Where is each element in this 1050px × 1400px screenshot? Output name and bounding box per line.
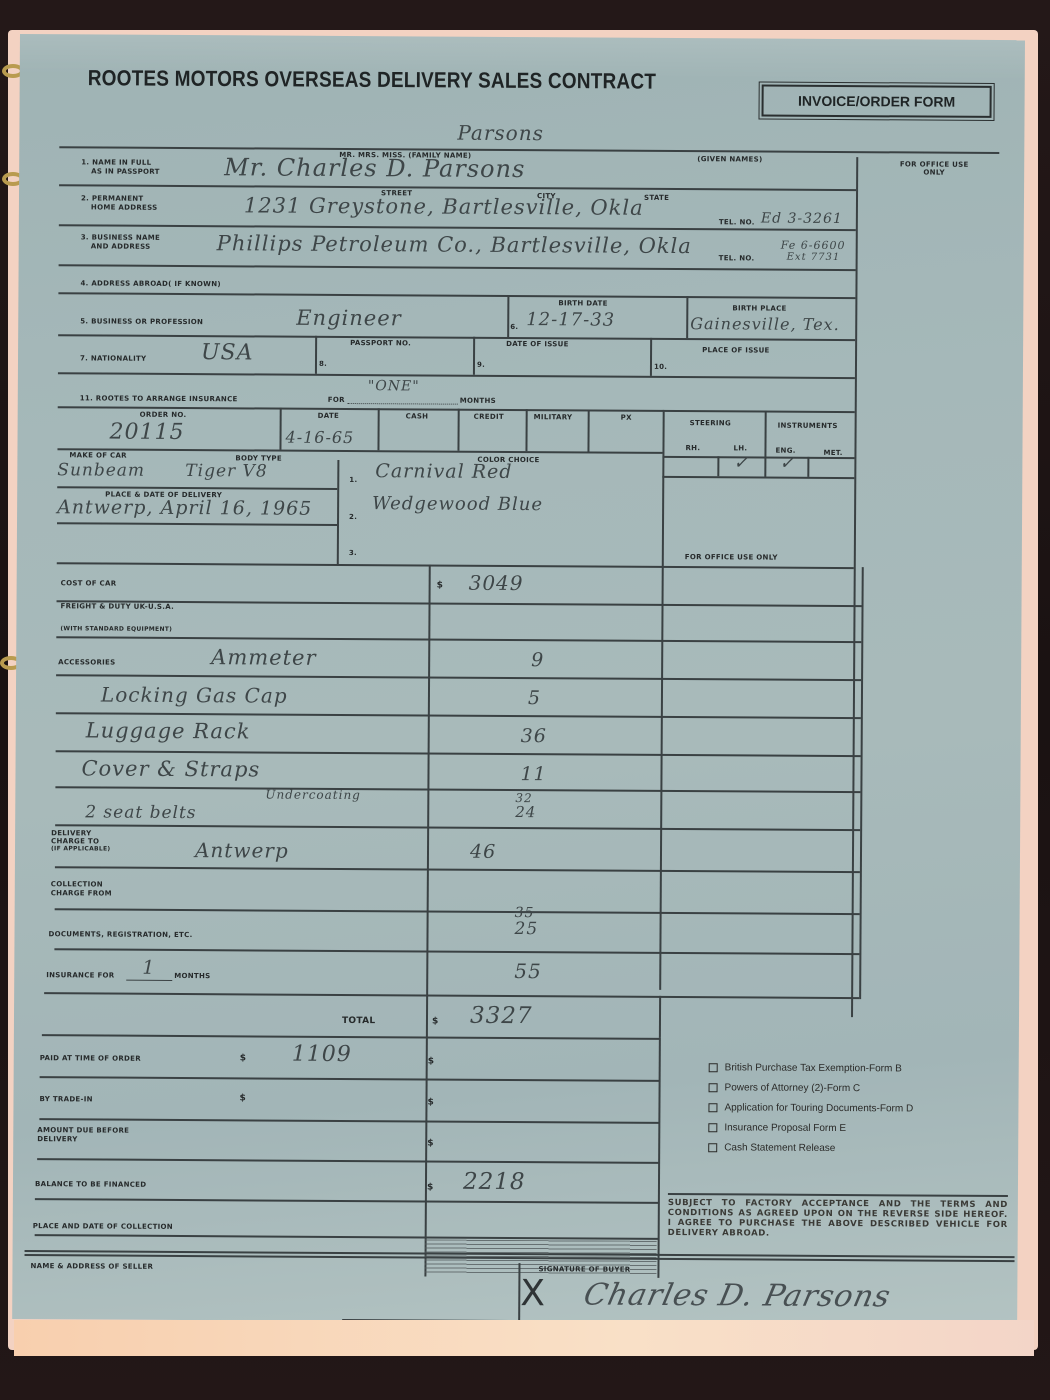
rule [507, 295, 509, 337]
amount-documents[interactable]: 25 [514, 919, 538, 939]
rule [337, 460, 339, 564]
label-business-line1: 3. BUSINESS NAME [81, 233, 160, 241]
rule [56, 674, 861, 680]
label-office-use-middle: FOR OFFICE USE ONLY [685, 553, 778, 562]
label-delivery-charge: DELIVERY CHARGE TO (IF APPLICABLE) [51, 829, 111, 853]
label-color-2: 2. [349, 513, 357, 521]
label-order-no: ORDER NO. [140, 411, 187, 419]
rule [377, 408, 379, 450]
label-lh: LH. [733, 444, 747, 452]
item-luggage-rack[interactable]: Luggage Rack [86, 718, 251, 743]
rule [56, 750, 861, 756]
field-home-tel[interactable]: Ed 3-3261 [761, 211, 843, 228]
label-total: TOTAL [342, 1016, 375, 1026]
dollar-sign: $ [427, 1139, 434, 1149]
label-instruments: INSTRUMENTS [778, 422, 838, 430]
rule [650, 338, 652, 376]
invoice-order-form-box: INVOICE/ORDER FORM [762, 85, 992, 118]
label-make-of-car: MAKE OF CAR [69, 451, 127, 459]
checklist-item-powers-of-attorney[interactable]: Powers of Attorney (2)-Form C [709, 1082, 861, 1094]
label-place-date-collection: PLACE AND DATE OF COLLECTION [33, 1222, 173, 1231]
amount-insurance[interactable]: 55 [514, 959, 542, 983]
rule [58, 372, 855, 378]
amount-ammeter[interactable]: 9 [531, 649, 544, 671]
rule [59, 264, 856, 270]
label-profession: 5. BUSINESS OR PROFESSION [80, 317, 203, 326]
field-birth-place[interactable]: Gainesville, Tex. [690, 314, 840, 334]
label-buyer-signature: SIGNATURE OF BUYER [538, 1265, 630, 1274]
field-home-address[interactable]: 1231 Greystone, Bartlesville, Okla [244, 193, 644, 219]
field-order-no[interactable]: 20115 [109, 420, 184, 445]
label-cash: CASH [406, 412, 429, 420]
rule [57, 522, 337, 525]
rule [55, 824, 860, 830]
label-collection-line2: CHARGE FROM [51, 889, 112, 898]
buyer-signature[interactable]: Charles D. Parsons [580, 1277, 894, 1314]
amount-balance-financed[interactable]: 2218 [463, 1169, 526, 1195]
signature-x-mark: X [520, 1273, 545, 1314]
rule [59, 184, 856, 190]
label-collection-line1: COLLECTION [51, 880, 112, 889]
rule [662, 456, 854, 459]
steering-lh-checkmark[interactable]: ✓ [733, 452, 749, 473]
label-color-1: 1. [349, 476, 357, 484]
label-px: PX [621, 414, 632, 422]
field-business-tel-line1[interactable]: Fe 6-6600 [781, 239, 846, 252]
checklist-label: Powers of Attorney (2)-Form C [725, 1082, 861, 1094]
checkbox-icon[interactable] [708, 1103, 717, 1112]
label-insurance-for: INSURANCE FOR [46, 971, 114, 979]
label-met: MET. [823, 449, 842, 457]
office-column-divider [851, 157, 858, 1017]
rule [37, 1158, 659, 1163]
field-order-date[interactable]: 4-16-65 [285, 428, 354, 447]
item-seat-belts[interactable]: 2 seat belts [85, 802, 196, 823]
rule [58, 334, 855, 340]
amount-total[interactable]: 3327 [470, 1003, 533, 1029]
field-nationality[interactable]: USA [201, 340, 254, 365]
label-birth-place: BIRTH PLACE [732, 304, 786, 312]
rule [764, 411, 766, 477]
insurance-months-line [348, 403, 458, 405]
label-insurance-months-suffix: MONTHS [174, 972, 210, 980]
amount-locking-gas-cap[interactable]: 5 [528, 687, 541, 709]
label-date-of-issue: DATE OF ISSUE [506, 340, 569, 348]
rule [659, 996, 661, 1038]
rule [525, 409, 527, 451]
field-business-address[interactable]: Phillips Petroleum Co., Bartlesville, Ok… [217, 231, 692, 258]
label-trade-in: BY TRADE-IN [39, 1095, 92, 1103]
checkbox-icon[interactable] [708, 1143, 717, 1152]
checklist-item-insurance-proposal[interactable]: Insurance Proposal Form E [708, 1122, 846, 1134]
label-amount-due: AMOUNT DUE BEFORE DELIVERY [37, 1126, 129, 1145]
field-profession[interactable]: Engineer [296, 306, 402, 331]
amount-cost-of-car[interactable]: 3049 [469, 571, 524, 595]
label-accessories: ACCESSORIES [58, 658, 115, 666]
field-body-type[interactable]: Tiger V8 [185, 461, 267, 482]
label-seller: NAME & ADDRESS OF SELLER [30, 1262, 153, 1271]
amount-luggage-rack[interactable]: 36 [521, 725, 547, 747]
label-place-of-issue: PLACE OF ISSUE [702, 346, 770, 354]
label-insurance-months: MONTHS [460, 397, 496, 405]
label-paid-at-order: PAID AT TIME OF ORDER [40, 1054, 141, 1063]
checklist-item-purchase-tax[interactable]: British Purchase Tax Exemption-Form B [709, 1062, 902, 1074]
label-color-3: 3. [349, 549, 357, 557]
dollar-sign: $ [239, 1093, 246, 1103]
rule [42, 1034, 660, 1039]
rule [473, 337, 475, 375]
form-title: ROOTES MOTORS OVERSEAS DELIVERY SALES CO… [88, 67, 657, 96]
checklist-label: Cash Statement Release [724, 1142, 835, 1154]
field-full-name[interactable]: Mr. Charles D. Parsons [224, 153, 525, 183]
rule [279, 408, 281, 450]
label-name-line2: AS IN PASSPORT [91, 167, 160, 175]
rule [587, 409, 589, 451]
field-color-1[interactable]: Carnival Red [375, 460, 512, 483]
rule [57, 486, 337, 489]
label-rh: RH. [685, 444, 700, 452]
label-name-line1: 1. NAME IN FULL [81, 158, 151, 166]
rule [54, 948, 859, 954]
amount-seat-belts[interactable]: 24 [515, 803, 536, 821]
dollar-sign: $ [437, 581, 444, 591]
label-freight-duty: FREIGHT & DUTY UK-U.S.A. [60, 602, 174, 611]
rule [457, 409, 459, 451]
rule [35, 1234, 659, 1239]
label-business-tel: TEL. NO. [719, 254, 755, 262]
checklist-label: Insurance Proposal Form E [724, 1122, 846, 1134]
label-documents-registration: DOCUMENTS, REGISTRATION, ETC. [48, 930, 192, 939]
label-delivery-line3: (IF APPLICABLE) [51, 845, 111, 853]
label-credit: CREDIT [474, 413, 504, 421]
rule [686, 296, 688, 338]
field-business-tel-line2[interactable]: Ext 7731 [787, 252, 841, 263]
rule [44, 992, 859, 998]
label-cost-of-car: COST OF CAR [61, 579, 117, 587]
rule [657, 1038, 660, 1278]
label-order-date: DATE [318, 412, 340, 420]
label-date-of-issue-number: 9. [477, 361, 485, 369]
amount-delivery-charge[interactable]: 46 [470, 841, 496, 863]
terms-and-conditions: SUBJECT TO FACTORY ACCEPTANCE AND THE TE… [668, 1198, 1008, 1240]
amount-paid-at-order[interactable]: 1109 [292, 1042, 352, 1067]
label-amount-due-line2: DELIVERY [37, 1135, 129, 1145]
label-nationality: 7. NATIONALITY [80, 354, 146, 362]
family-name-annotation: Parsons [457, 121, 544, 146]
checkbox-icon[interactable] [709, 1083, 718, 1092]
field-make-of-car[interactable]: Sunbeam [57, 460, 145, 481]
field-insurance-months[interactable]: "ONE" [368, 378, 420, 394]
label-business-line2: AND ADDRESS [91, 242, 151, 250]
rule [717, 456, 719, 476]
rule [57, 600, 862, 606]
label-state: STATE [644, 194, 669, 202]
rule [315, 336, 317, 374]
instruments-eng-checkmark[interactable]: ✓ [779, 453, 795, 474]
label-address-abroad: 4. ADDRESS ABROAD( IF KNOWN) [80, 279, 220, 288]
label-passport-no: PASSPORT NO. [350, 339, 411, 347]
item-cover-straps[interactable]: Cover & Straps [81, 756, 260, 781]
label-insurance-for: FOR [328, 396, 345, 404]
label-place-of-issue-number: 10. [654, 363, 667, 371]
rule [59, 146, 999, 153]
rule [57, 562, 854, 568]
rule [807, 457, 809, 477]
item-locking-gas-cap[interactable]: Locking Gas Cap [101, 683, 288, 708]
label-collection-charge: COLLECTION CHARGE FROM [51, 880, 112, 898]
rule [56, 636, 861, 642]
label-home-address-line1: 2. PERMANENT [81, 194, 144, 202]
rule [55, 866, 860, 872]
rule [56, 712, 861, 718]
label-passport-number: 8. [319, 360, 327, 368]
rule [40, 1076, 660, 1081]
label-home-tel: TEL. NO. [719, 218, 755, 226]
rule [55, 908, 860, 914]
insurance-months-underline [126, 980, 172, 981]
rule [662, 476, 854, 479]
item-undercoating[interactable]: Undercoating [265, 788, 361, 803]
label-military: MILITARY [534, 413, 573, 421]
field-delivery-place-date[interactable]: Antwerp, April 16, 1965 [57, 496, 312, 520]
rule [859, 567, 863, 999]
cost-column-divider [424, 565, 430, 1277]
dollar-sign: $ [427, 1098, 434, 1108]
dollar-sign: $ [428, 1057, 435, 1067]
dollar-sign: $ [432, 1017, 439, 1027]
sleeve-bottom-edge [14, 1320, 1034, 1356]
item-ammeter[interactable]: Ammeter [211, 645, 316, 670]
field-color-2[interactable]: Wedgewood Blue [372, 493, 543, 515]
label-birth-date-number: 6. [510, 323, 518, 331]
checklist-label: Application for Touring Documents-Form D [724, 1102, 913, 1114]
amount-cover-straps[interactable]: 11 [520, 763, 546, 785]
rule [39, 1118, 659, 1123]
checkbox-icon[interactable] [709, 1063, 718, 1072]
label-standard-equipment: (WITH STANDARD EQUIPMENT) [60, 625, 172, 633]
label-birth-date: BIRTH DATE [558, 299, 607, 307]
checklist-item-touring-documents[interactable]: Application for Touring Documents-Form D [708, 1102, 913, 1114]
rule [55, 786, 860, 792]
rule [58, 292, 855, 298]
label-home-address-line2: HOME ADDRESS [91, 203, 158, 211]
checkbox-icon[interactable] [708, 1123, 717, 1132]
checklist-item-cash-statement[interactable]: Cash Statement Release [708, 1142, 835, 1154]
label-insurance-arrange: 11. ROOTES TO ARRANGE INSURANCE [80, 394, 238, 403]
dollar-sign: $ [427, 1183, 434, 1193]
checklist-label: British Purchase Tax Exemption-Form B [725, 1062, 902, 1074]
rule [668, 1193, 1008, 1197]
label-steering: STEERING [690, 419, 731, 427]
rule [659, 410, 664, 990]
field-delivery-to[interactable]: Antwerp [195, 838, 289, 863]
field-insurance-months-count[interactable]: 1 [142, 957, 155, 979]
label-balance-financed: BALANCE TO BE FINANCED [35, 1180, 146, 1189]
rule [35, 1198, 659, 1203]
label-given-names: (GIVEN NAMES) [697, 155, 762, 163]
label-office-use-top: FOR OFFICE USE ONLY [894, 160, 974, 176]
dollar-sign: $ [240, 1053, 247, 1063]
sales-contract-form: ROOTES MOTORS OVERSEAS DELIVERY SALES CO… [12, 34, 1025, 1325]
rule [57, 448, 662, 453]
field-birth-date[interactable]: 12-17-33 [526, 309, 615, 331]
